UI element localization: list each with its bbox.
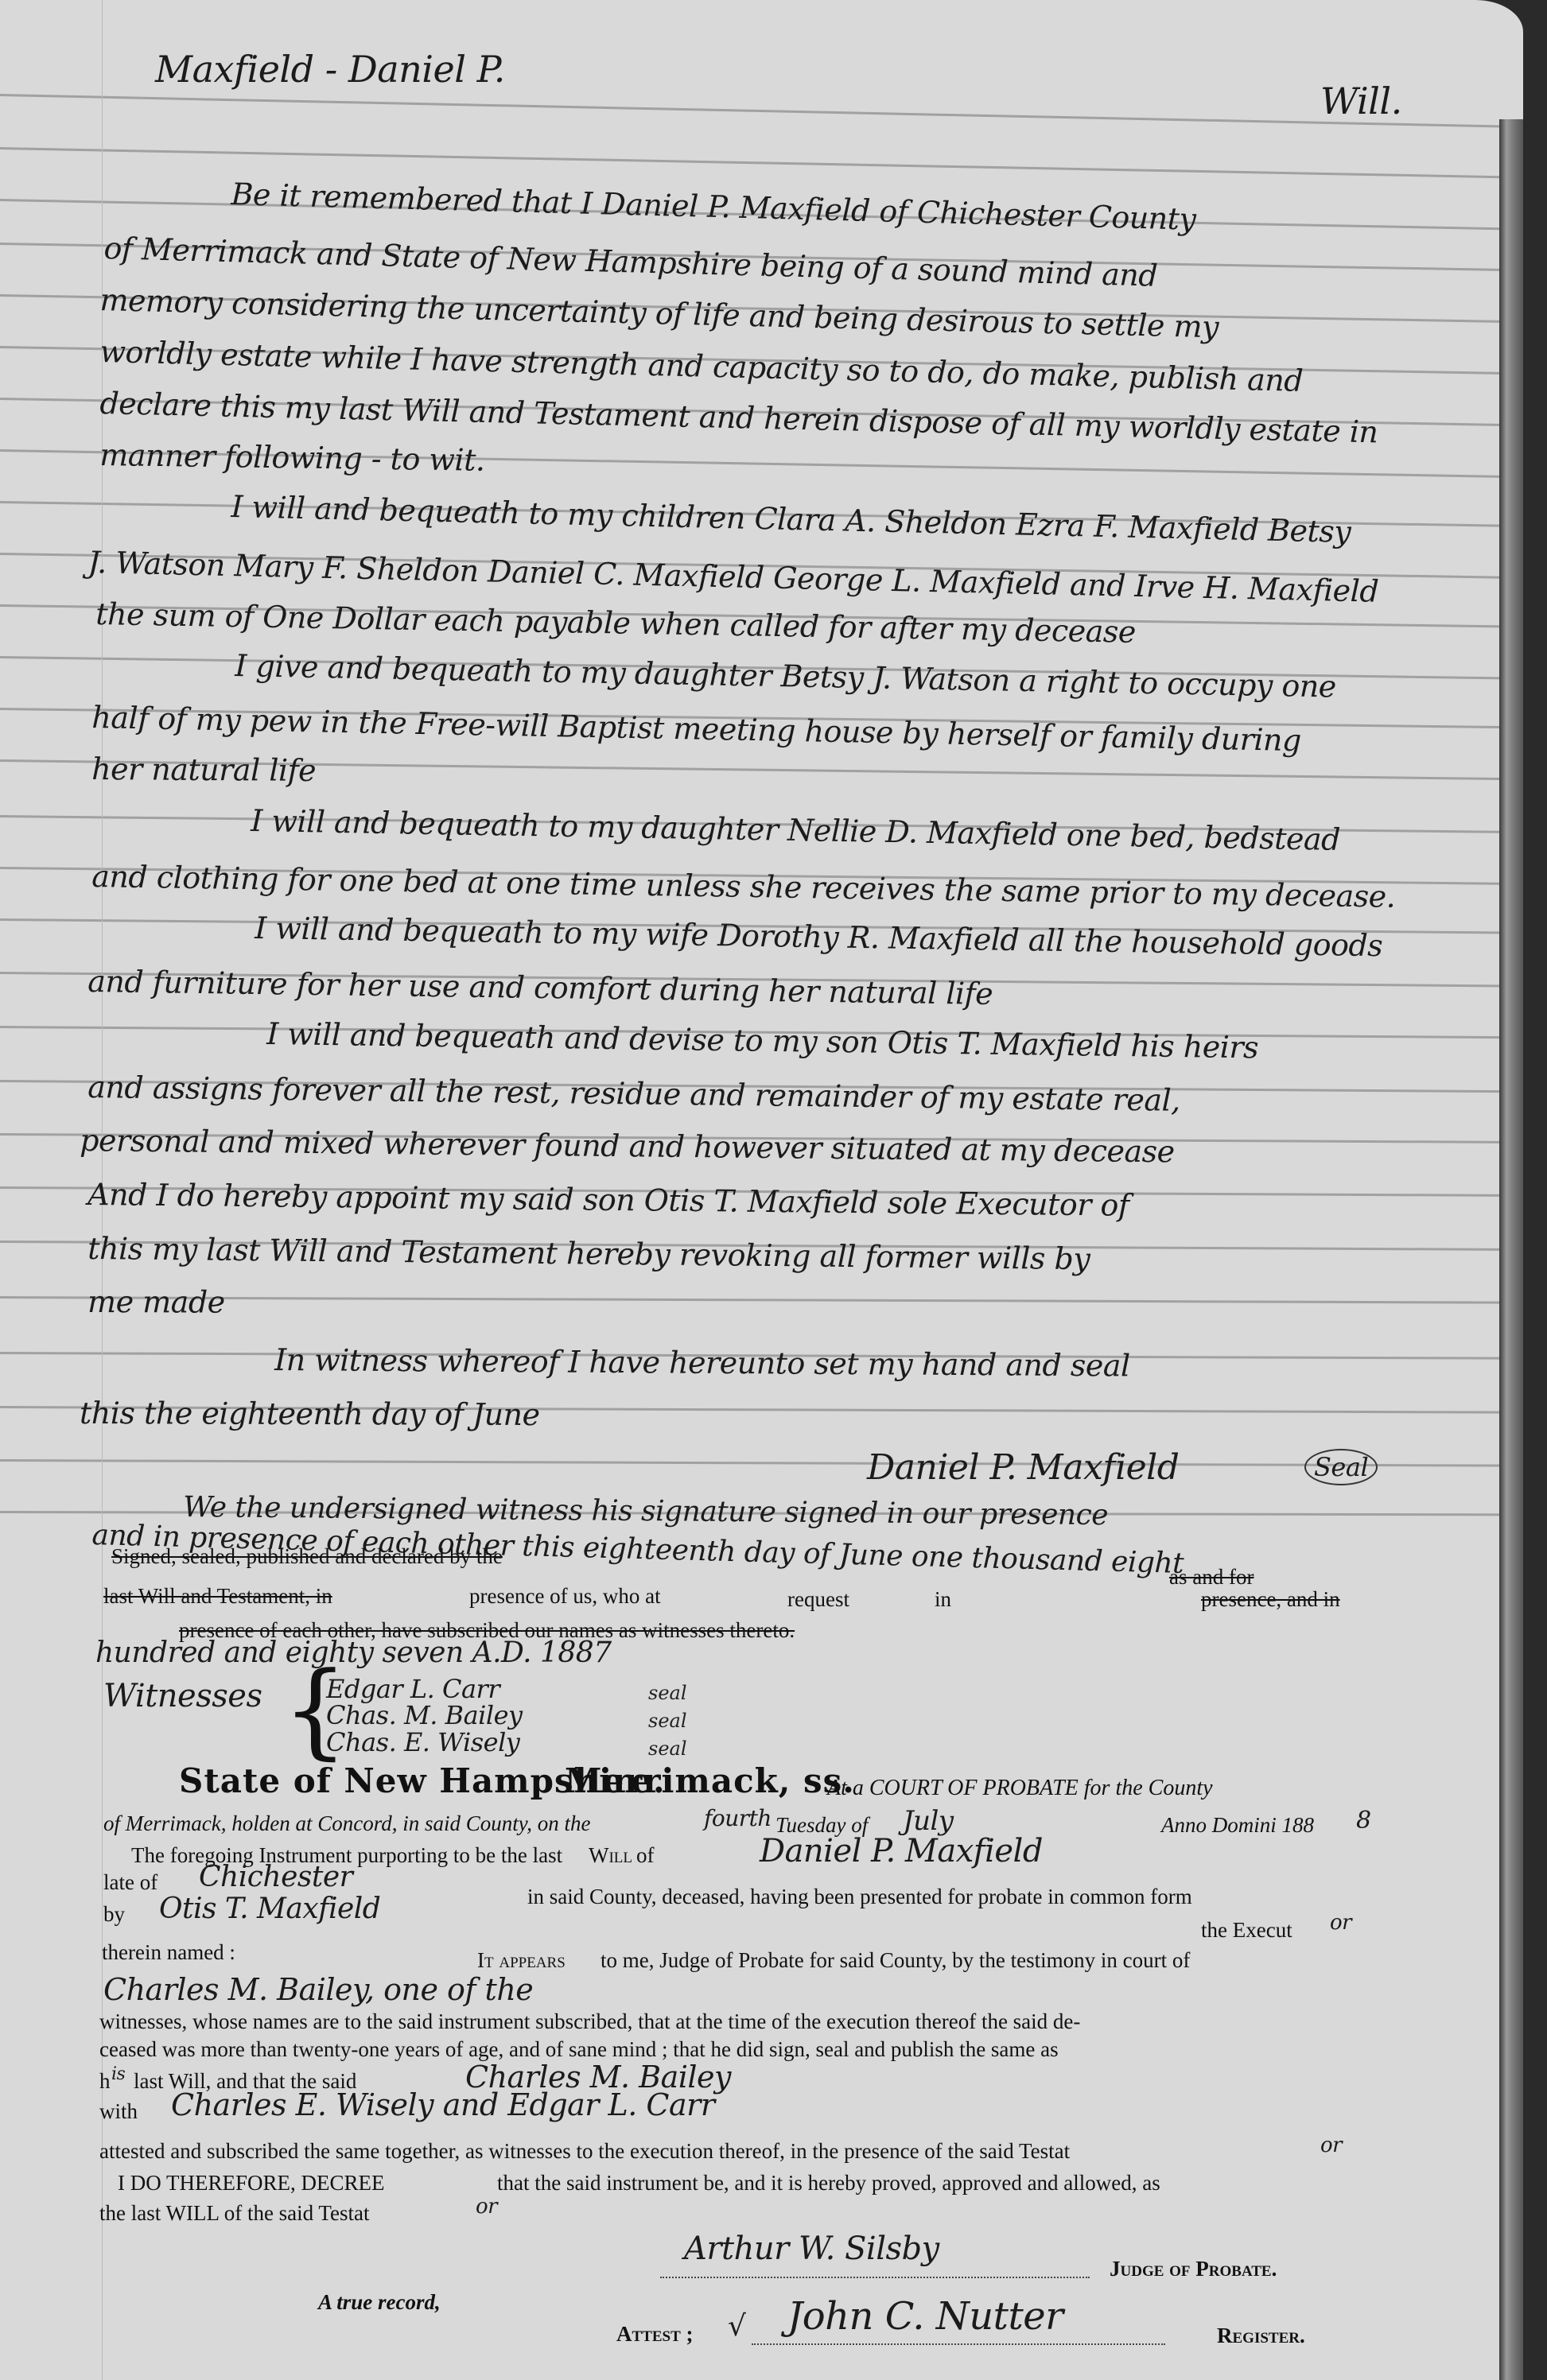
anno-domini: Anno Domini 188: [1161, 1813, 1314, 1838]
his-prefix: h: [99, 2069, 111, 2094]
ruled-line: [0, 1459, 1523, 1467]
his-suffix: is: [111, 2064, 125, 2084]
will-line: the sum of One Dollar each payable when …: [95, 596, 1136, 650]
will-line: memory considering the uncertainty of li…: [99, 282, 1219, 344]
printed-text: request: [787, 1587, 849, 1612]
will-line: I will and bequeath to my wife Dorothy R…: [255, 910, 1383, 963]
witness-seal: seal: [648, 1737, 687, 1760]
decree-rest: that the said instrument be, and it is h…: [497, 2171, 1160, 2196]
ruled-line: [0, 94, 1523, 128]
witness-seal: seal: [648, 1710, 687, 1732]
witness-seal: seal: [648, 1682, 687, 1704]
printed-struck-text: last Will and Testament, in: [103, 1584, 332, 1609]
header-document-type: Will.: [1320, 80, 1402, 122]
judge-title: Judge of Probate.: [1110, 2257, 1277, 2281]
witness-name: Chas. E. Wisely: [326, 1727, 519, 1757]
of-word: of: [636, 1843, 655, 1868]
court-line: At a COURT OF PROBATE for the County: [827, 1776, 1213, 1801]
county-heading: Merrimack, ss.: [565, 1761, 855, 1800]
register-title: Register.: [1217, 2324, 1305, 2348]
deceased-name: Daniel P. Maxfield: [760, 1833, 1043, 1869]
register-signature: John C. Nutter: [787, 2294, 1063, 2339]
last-will-line: the last WILL of the said Testat: [99, 2201, 370, 2226]
header-name: Maxfield - Daniel P.: [155, 48, 505, 91]
printed-text: in: [935, 1587, 951, 1612]
execut-suffix: or: [1330, 1911, 1351, 1935]
it-appears-rest: to me, Judge of Probate for said County,…: [601, 1948, 1190, 1973]
ruled-line: [0, 1296, 1523, 1304]
printed-struck-text: as and for: [1169, 1565, 1254, 1590]
will-line: I will and bequeath to my daughter Nelli…: [251, 803, 1340, 857]
by-label: by: [103, 1902, 125, 1927]
will-line: In witness whereof I have hereunto set m…: [274, 1342, 1130, 1384]
will-line: me made: [87, 1284, 225, 1320]
attestation-handwritten: hundred and eighty seven A.D. 1887: [95, 1636, 612, 1669]
will-line: and clothing for one bed at one time unl…: [91, 859, 1396, 914]
ruled-line: [0, 147, 1523, 179]
will-word: Will: [589, 1843, 632, 1868]
printed-text: presence of us, who at: [469, 1584, 661, 1609]
will-line: her natural life: [91, 751, 316, 788]
will-line: of Merrimack and State of New Hampshire …: [103, 231, 1158, 293]
will-line: I will and bequeath and devise to my son…: [266, 1016, 1258, 1065]
will-line: manner following - to wit.: [99, 437, 485, 478]
seal-mark: Seal: [1304, 1449, 1378, 1485]
year-digit: 8: [1356, 1807, 1371, 1835]
late-of-label: late of: [103, 1870, 157, 1895]
will-line: half of my pew in the Free-will Baptist …: [91, 700, 1301, 758]
attested-line: attested and subscribed the same togethe…: [99, 2139, 1070, 2164]
therein-named: therein named :: [102, 1940, 235, 1965]
testimony-witness: Charles M. Bailey, one of the: [103, 1972, 533, 2007]
will-line: this my last Will and Testament hereby r…: [87, 1231, 1090, 1276]
witnesses-line: witnesses, whose names are to the said i…: [99, 2009, 1080, 2034]
ledger-page: Maxfield - Daniel P. Will. Be it remembe…: [0, 0, 1523, 2380]
attest-label: Attest ;: [616, 2322, 694, 2347]
will-line: worldly estate while I have strength and…: [99, 334, 1304, 398]
will-line: Be it remembered that I Daniel P. Maxfie…: [231, 177, 1196, 237]
testat-suffix: or: [1320, 2133, 1342, 2157]
will-line: And I do hereby appoint my said son Otis…: [87, 1177, 1129, 1223]
testat-suffix: or: [476, 2195, 497, 2219]
will-line: and furniture for her use and comfort du…: [87, 964, 993, 1011]
printed-struck-text: presence, and in: [1201, 1587, 1340, 1612]
witnesses-label: Witnesses: [103, 1678, 262, 1714]
will-line: and assigns forever all the rest, residu…: [87, 1070, 1180, 1118]
printed-struck-text: Signed, sealed, published and declared b…: [111, 1544, 503, 1569]
late-of-place: Chichester: [199, 1861, 352, 1893]
month: July: [903, 1805, 954, 1837]
with-label: with: [99, 2099, 138, 2124]
will-line: this the eighteenth day of June: [80, 1396, 540, 1432]
with-witnesses: Charles E. Wisely and Edgar L. Carr: [171, 2087, 715, 2122]
true-record: A true record,: [318, 2290, 441, 2315]
holden-line: of Merrimack, holden at Concord, in said…: [103, 1811, 590, 1836]
in-said-county-line: in said County, deceased, having been pr…: [527, 1885, 1192, 1909]
will-line: personal and mixed wherever found and ho…: [80, 1123, 1175, 1169]
checkmark-icon: √: [728, 2310, 745, 2343]
judge-signature: Arthur W. Silsby: [684, 2231, 939, 2267]
witness-name: Chas. M. Bailey: [326, 1700, 523, 1730]
will-line: I will and bequeath to my children Clara…: [231, 489, 1351, 549]
decree-caps: I DO THEREFORE, DECREE: [118, 2171, 385, 2196]
ceased-line: ceased was more than twenty-one years of…: [99, 2037, 1059, 2062]
the-execut: the Execut: [1201, 1918, 1292, 1943]
it-appears: It appears: [477, 1948, 566, 1973]
testator-signature: Daniel P. Maxfield: [867, 1447, 1179, 1488]
holden-day: fourth: [704, 1805, 772, 1831]
will-line: I give and bequeath to my daughter Betsy…: [235, 648, 1336, 705]
book-binding-edge: [1499, 119, 1523, 2380]
presenter-name: Otis T. Maxfield: [159, 1893, 380, 1925]
